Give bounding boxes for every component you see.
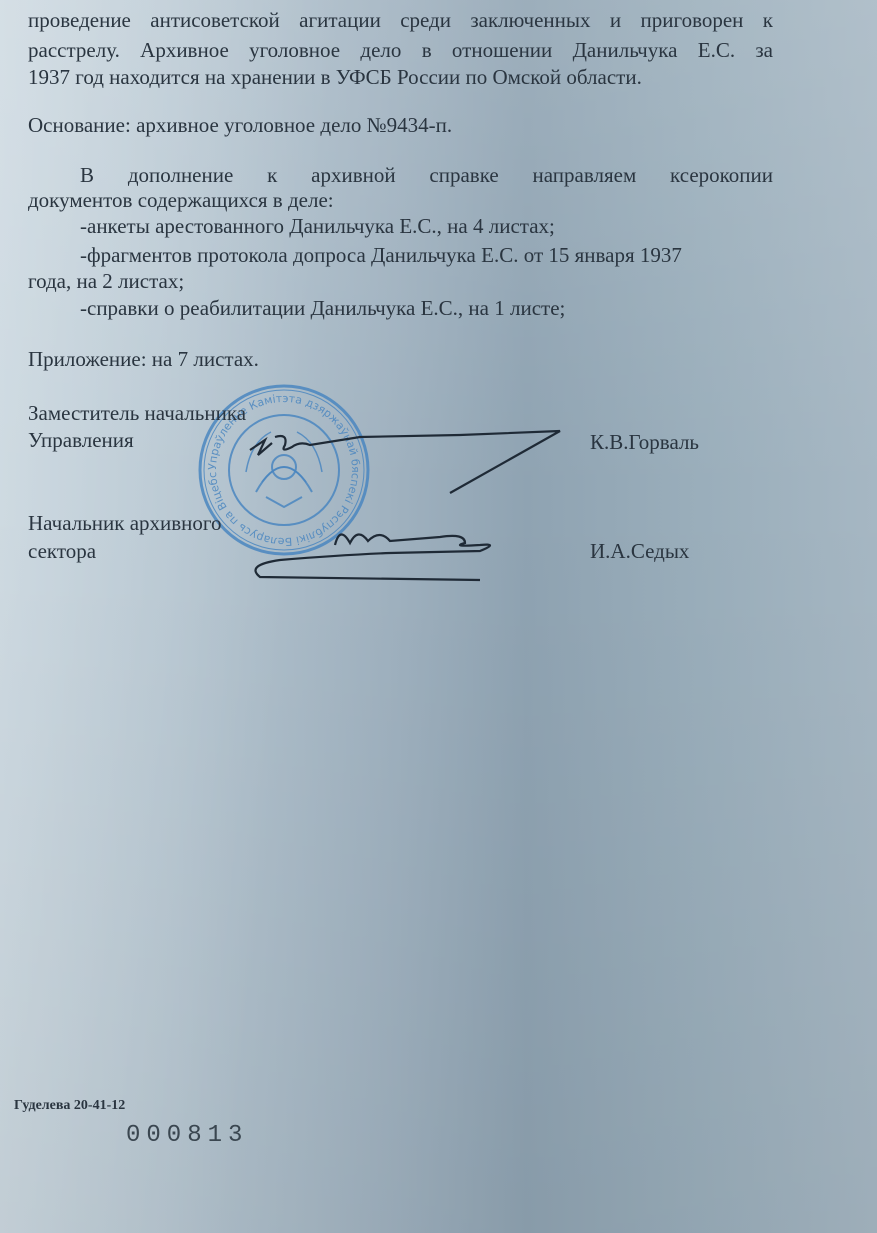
attachment-item: -справки о реабилитации Данильчука Е.С.,… xyxy=(80,298,565,319)
executor-info: Гуделева 20-41-12 xyxy=(14,1099,125,1113)
basis-line: Основание: архивное уголовное дело №9434… xyxy=(28,115,452,136)
paragraph-line: проведение антисоветской агитации среди … xyxy=(28,10,773,31)
signatory-title: Управления xyxy=(28,430,134,451)
serial-number: 000813 xyxy=(126,1124,248,1148)
attachment-item: -фрагментов протокола допроса Данильчука… xyxy=(80,245,682,266)
addition-intro-line: В дополнение к архивной справке направля… xyxy=(80,165,773,186)
appendix-line: Приложение: на 7 листах. xyxy=(28,349,259,370)
signatory-name: И.А.Седых xyxy=(590,541,689,562)
attachment-item: -анкеты арестованного Данильчука Е.С., н… xyxy=(80,216,555,237)
signatory-name: К.В.Горваль xyxy=(590,432,699,453)
signatory-title: сектора xyxy=(28,541,96,562)
paragraph-line: расстрелу. Архивное уголовное дело в отн… xyxy=(28,40,773,61)
addition-intro-line: документов содержащихся в деле: xyxy=(28,190,334,211)
attachment-item: года, на 2 листах; xyxy=(28,271,184,292)
signature-icon xyxy=(240,415,570,495)
signature-icon xyxy=(240,515,510,590)
signatory-title: Начальник архивного xyxy=(28,513,222,534)
document-page: проведение антисоветской агитации среди … xyxy=(0,0,877,1233)
signatory-title: Заместитель начальника xyxy=(28,403,246,424)
paragraph-line: 1937 год находится на хранении в УФСБ Ро… xyxy=(28,67,642,88)
